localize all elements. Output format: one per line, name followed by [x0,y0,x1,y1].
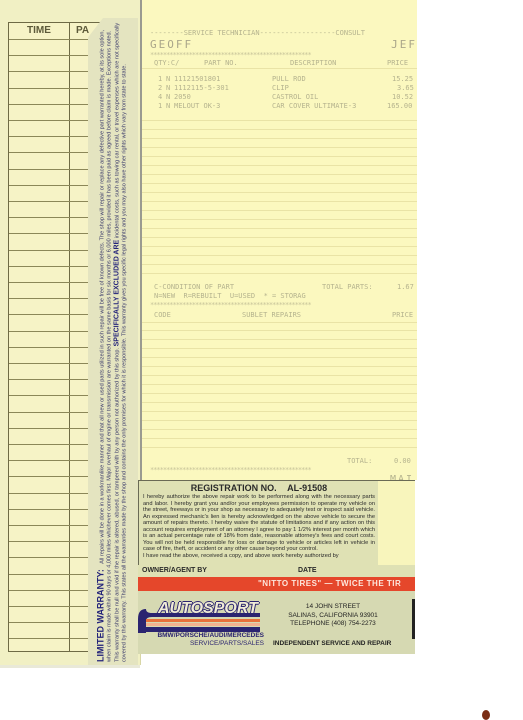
item-qty: 1 [158,102,162,110]
banner-text: "NITTO TIRES" — TWICE THE TIR [258,579,401,588]
ruled-line [142,255,417,256]
warranty-title: LIMITED WARRANTY: [96,569,106,662]
item-qty: 4 [158,93,162,101]
signature-row: OWNER/AGENT BY DATE [138,565,415,577]
authorization-paragraph: I hereby authorize the above repair work… [143,494,375,552]
logo-text: AUTOSPORT [158,600,258,618]
brands-text: BMW/PORSCHE/AUDI/MERCEDES [142,632,264,640]
address-street: 14 JOHN STREET [273,603,393,612]
ruled-line [142,264,417,265]
authorization-text: I hereby authorize the above repair work… [139,493,379,560]
shop-telephone: TELEPHONE (408) 754-2273 [273,620,393,629]
item-description: PULL ROD [272,75,306,83]
ruled-line [142,219,417,220]
shop-tagline: INDEPENDENT SERVICE AND REPAIR [273,640,391,647]
total-label: TOTAL: [347,457,372,465]
ruled-line [142,165,417,166]
ruled-line [142,174,417,175]
item-price: 15.25 [392,75,413,83]
ruled-line [142,201,417,202]
autosport-logo: AUTOSPORT [144,597,262,621]
invoice-continuation [378,480,415,566]
ruled-line [142,339,417,340]
ruled-line [142,246,417,247]
warranty-are-label: ARE [114,239,121,254]
ruled-line [142,330,417,331]
paper-stain [482,710,490,720]
star-separator: ****************************************… [150,466,417,474]
ruled-line [142,183,417,184]
item-qty: 2 [158,84,162,92]
item-part-no: 1112115-5-301 [174,84,229,92]
technician-name: GEOFF [150,38,417,51]
consultant-name: JEF [391,38,417,51]
ruled-line [142,420,417,421]
star-separator: ****************************************… [150,301,417,309]
services-text: SERVICE/PARTS/SALES [142,640,264,648]
ruled-line [142,210,417,211]
item-description: CASTROL OIL [272,93,318,101]
col-header-qty: QTY:C/ [154,59,179,67]
star-separator: ****************************************… [150,51,417,59]
registration-number: AL-91508 [287,483,327,493]
acknowledgement-text: I have read the above, received a copy, … [143,553,339,559]
sublet-rule [142,322,417,323]
total-value: 0.00 [394,457,411,465]
ruled-line [142,366,417,367]
condition-codes: N=NEW R=REBUILT U=USED * = STORAG [154,292,306,300]
item-part-no: 2050 [174,93,191,101]
warranty-text: LIMITED WARRANTY: All repairs will be do… [98,22,129,662]
item-description: CLIP [272,84,289,92]
warranty-strip: LIMITED WARRANTY: All repairs will be do… [88,18,138,665]
ruled-line [142,228,417,229]
ruled-line [142,447,417,448]
ruled-line [142,402,417,403]
ruled-line [142,120,417,121]
header-rule [142,68,417,69]
footer-edge [412,599,415,639]
warranty-excluded-label: SPECIFICALLY EXCLUDED [114,256,121,346]
col-header-price: PRICE [387,59,408,67]
ruled-line [142,147,417,148]
technician-header-line: --------SERVICE TECHNICIAN--------------… [150,29,417,37]
invoice-printout: --------SERVICE TECHNICIAN--------------… [140,0,417,480]
owner-agent-label: OWNER/AGENT BY [142,567,207,574]
item-part-no: MELOUT OK-3 [174,102,220,110]
item-part-no: 11121501801 [174,75,220,83]
item-condition: N [166,84,170,92]
col-header-part-no: PART NO. [204,59,238,67]
item-description: CAR COVER ULTIMATE-3 [272,102,356,110]
ruled-line [142,375,417,376]
ruled-line [142,357,417,358]
item-condition: N [166,93,170,101]
condition-legend: C-CONDITION OF PART [154,283,234,291]
ruled-line [142,411,417,412]
ruled-line [142,138,417,139]
ruled-line [142,348,417,349]
ruled-line [142,129,417,130]
col-header-code: CODE [154,311,171,319]
ruled-line [142,273,417,274]
col-header-price-sublet: PRICE [392,311,413,319]
item-price: 10.52 [392,93,413,101]
brands-block: BMW/PORSCHE/AUDI/MERCEDES SERVICE/PARTS/… [142,632,264,647]
item-price: 165.00 [387,102,412,110]
ruled-line [142,393,417,394]
grid-header-time: TIME [9,23,69,39]
total-parts-label: TOTAL PARTS: [322,283,373,291]
registration-block: REGISTRATION NO. AL-91508 I hereby autho… [138,480,380,567]
nitto-tires-banner: "NITTO TIRES" — TWICE THE TIR [138,577,415,591]
page-edge [0,665,140,668]
registration-title: REGISTRATION NO. AL-91508 [139,483,379,493]
ruled-line [142,384,417,385]
ruled-line [142,156,417,157]
item-condition: N [166,102,170,110]
col-header-description: DESCRIPTION [290,59,336,67]
ruled-line [142,237,417,238]
shop-footer: AUTOSPORT BMW/PORSCHE/AUDI/MERCEDES SERV… [138,591,415,654]
total-parts-value: 1.67 [397,283,414,291]
ruled-line [142,429,417,430]
item-price: 3.65 [397,84,414,92]
col-header-sublet: SUBLET REPAIRS [242,311,301,319]
registration-label: REGISTRATION NO. [191,483,277,493]
shop-address: 14 JOHN STREET SALINAS, CALIFORNIA 93901… [273,603,393,629]
address-city: SALINAS, CALIFORNIA 93901 [273,612,393,621]
ruled-line [142,438,417,439]
date-label: DATE [298,567,317,574]
ruled-line [142,192,417,193]
item-condition: N [166,75,170,83]
item-qty: 1 [158,75,162,83]
